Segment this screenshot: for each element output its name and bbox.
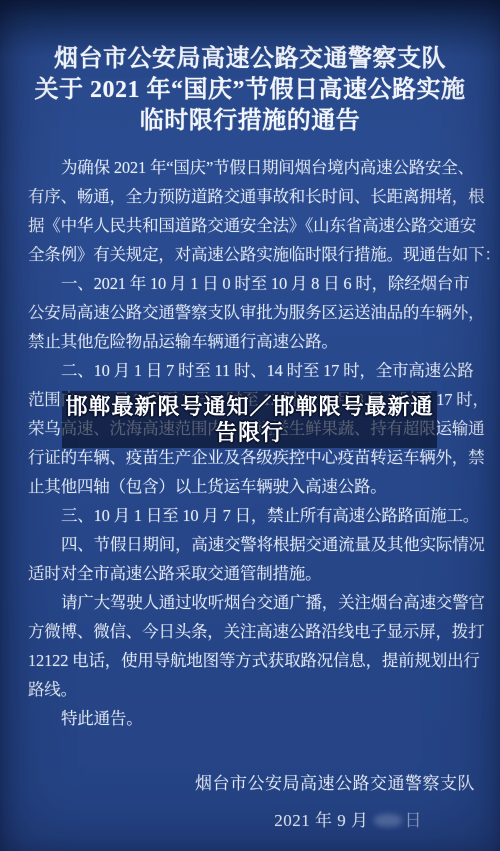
body-line: 一、2021 年 10 月 1 日 0 时至 10 月 8 日 6 时，除经烟台…	[28, 269, 500, 298]
notice-title-line-3: 临时限行措施的通告	[0, 106, 500, 137]
caption-overlay: 邯郸最新限号通知／邯郸限号最新通 告限行	[62, 391, 437, 448]
body-line: 据《中华人民共和国道路交通安全法》《山东省高速公路交通安	[28, 211, 500, 240]
body-line: 特此通告。	[28, 704, 500, 733]
body-line: 路线。	[28, 675, 500, 704]
body-line: 三、10 月 1 日至 10 月 7 日，禁止所有高速公路路面施工。	[28, 501, 500, 530]
body-line: 请广大驾驶人通过收听烟台交通广播，关注烟台高速交警官	[28, 588, 500, 617]
body-line: 方微博、微信、今日头条，关注高速公路沿线电子显示屏，拨打	[28, 617, 500, 646]
notice-date-suffix: 日	[405, 811, 423, 830]
notice-signature: 烟台市公安局高速公路交通警察支队	[0, 769, 500, 798]
blurred-date-day	[374, 814, 402, 827]
notice-title: 烟台市公安局高速公路交通警察支队 关于 2021 年“国庆”节假日高速公路实施 …	[0, 44, 500, 137]
body-line: 为确保 2021 年“国庆”节假日期间烟台境内高速公路安全、	[28, 153, 500, 182]
body-line: 有序、畅通，全力预防道路交通事故和长时间、长距离拥堵，根	[28, 182, 500, 211]
body-line: 禁止其他危险物品运输车辆通行高速公路。	[28, 327, 500, 356]
notice-title-line-1: 烟台市公安局高速公路交通警察支队	[0, 44, 500, 75]
caption-line-1: 邯郸最新限号通知／邯郸限号最新通	[65, 394, 433, 420]
body-line: 止其他四轴（包含）以上货运车辆驶入高速公路。	[28, 472, 500, 501]
body-line: 12122 电话，使用导航地图等方式获取路况信息，提前规划出行	[28, 646, 500, 675]
body-line: 公安局高速公路交通警察支队审批为服务区运送油品的车辆外，	[28, 298, 500, 327]
notice-screenshot: 烟台市公安局高速公路交通警察支队 关于 2021 年“国庆”节假日高速公路实施 …	[0, 0, 500, 851]
body-line: 适时对全市高速公路采取交通管制措施。	[28, 559, 500, 588]
notice-date: 2021 年 9 月日	[0, 806, 500, 835]
body-line: 全条例》有关规定，对高速公路实施临时限行措施。现通告如下：	[28, 240, 500, 269]
body-line: 四、节假日期间，高速交警将根据交通流量及其他实际情况	[28, 530, 500, 559]
body-line: 二、10 月 1 日 7 时至 11 时、14 时至 17 时，全市高速公路	[28, 356, 500, 385]
notice-date-prefix: 2021 年 9 月	[274, 811, 368, 830]
caption-line-2: 告限行	[215, 420, 284, 446]
notice-title-line-2: 关于 2021 年“国庆”节假日高速公路实施	[0, 75, 500, 106]
